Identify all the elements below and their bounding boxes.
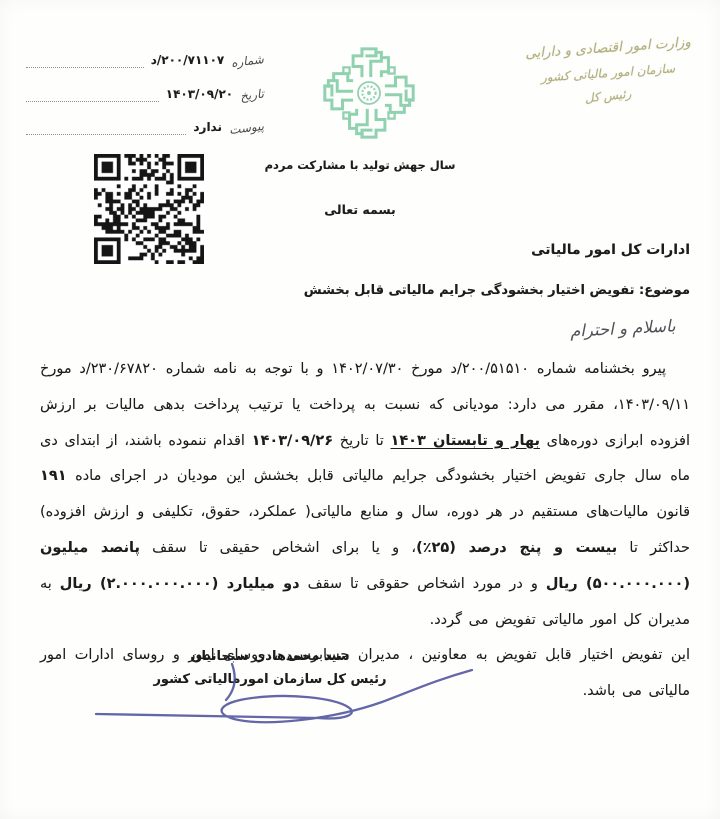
letter-date-label: تاریخ [239,86,264,103]
tax-administration-emblem-icon [315,40,423,146]
letter-attachment-label: پیوست [228,119,264,137]
letter-date-row: تاریخ ۱۴۰۳/۰۹/۲۰ [26,84,264,102]
ministry-name: وزارت امور اقتصادی و دارایی [504,33,713,63]
scanned-letter-page: شماره ۲۰۰/۷۱۱۰۷/د تاریخ ۱۴۰۳/۰۹/۲۰ پیوست… [0,0,720,819]
letter-date-value: ۱۴۰۳/۰۹/۲۰ [166,87,233,102]
signature-block: سید محمدهادی سبحانیان رئیس کل سازمان امو… [136,645,404,691]
recipient-heading: ادارات کل امور مالیاتی [531,242,690,258]
dotted-line [26,50,144,68]
dotted-line [26,84,159,102]
signatory-name: سید محمدهادی سبحانیان [136,645,404,668]
letter-number-row: شماره ۲۰۰/۷۱۱۰۷/د [26,50,264,68]
year-slogan: سال جهش تولید با مشارکت مردم [0,158,720,172]
letter-attachment-value: ندارد [193,120,222,135]
dotted-line [26,118,186,136]
letter-number-value: ۲۰۰/۷۱۱۰۷/د [151,53,225,68]
letterhead-fields: شماره ۲۰۰/۷۱۱۰۷/د تاریخ ۱۴۰۳/۰۹/۲۰ پیوست… [26,50,264,151]
handwritten-salutation: باسلام و احترام [570,316,676,341]
letter-attachment-row: پیوست ندارد [26,118,264,136]
letter-number-label: شماره [231,52,265,70]
bismillah-text: بسمه تعالی [0,202,720,217]
signatory-title: رئیس کل سازمان امورمالیاتی کشور [136,668,404,691]
letterhead-calligraphy: وزارت امور اقتصادی و دارایی سازمان امور … [504,40,712,103]
body-paragraph: پیرو بخشنامه شماره ۲۰۰/۵۱۵۱۰/د مورخ ۱۴۰۲… [40,352,690,638]
subject-line: موضوع: تفویض اختیار بخشودگی جرایم مالیات… [304,283,690,298]
